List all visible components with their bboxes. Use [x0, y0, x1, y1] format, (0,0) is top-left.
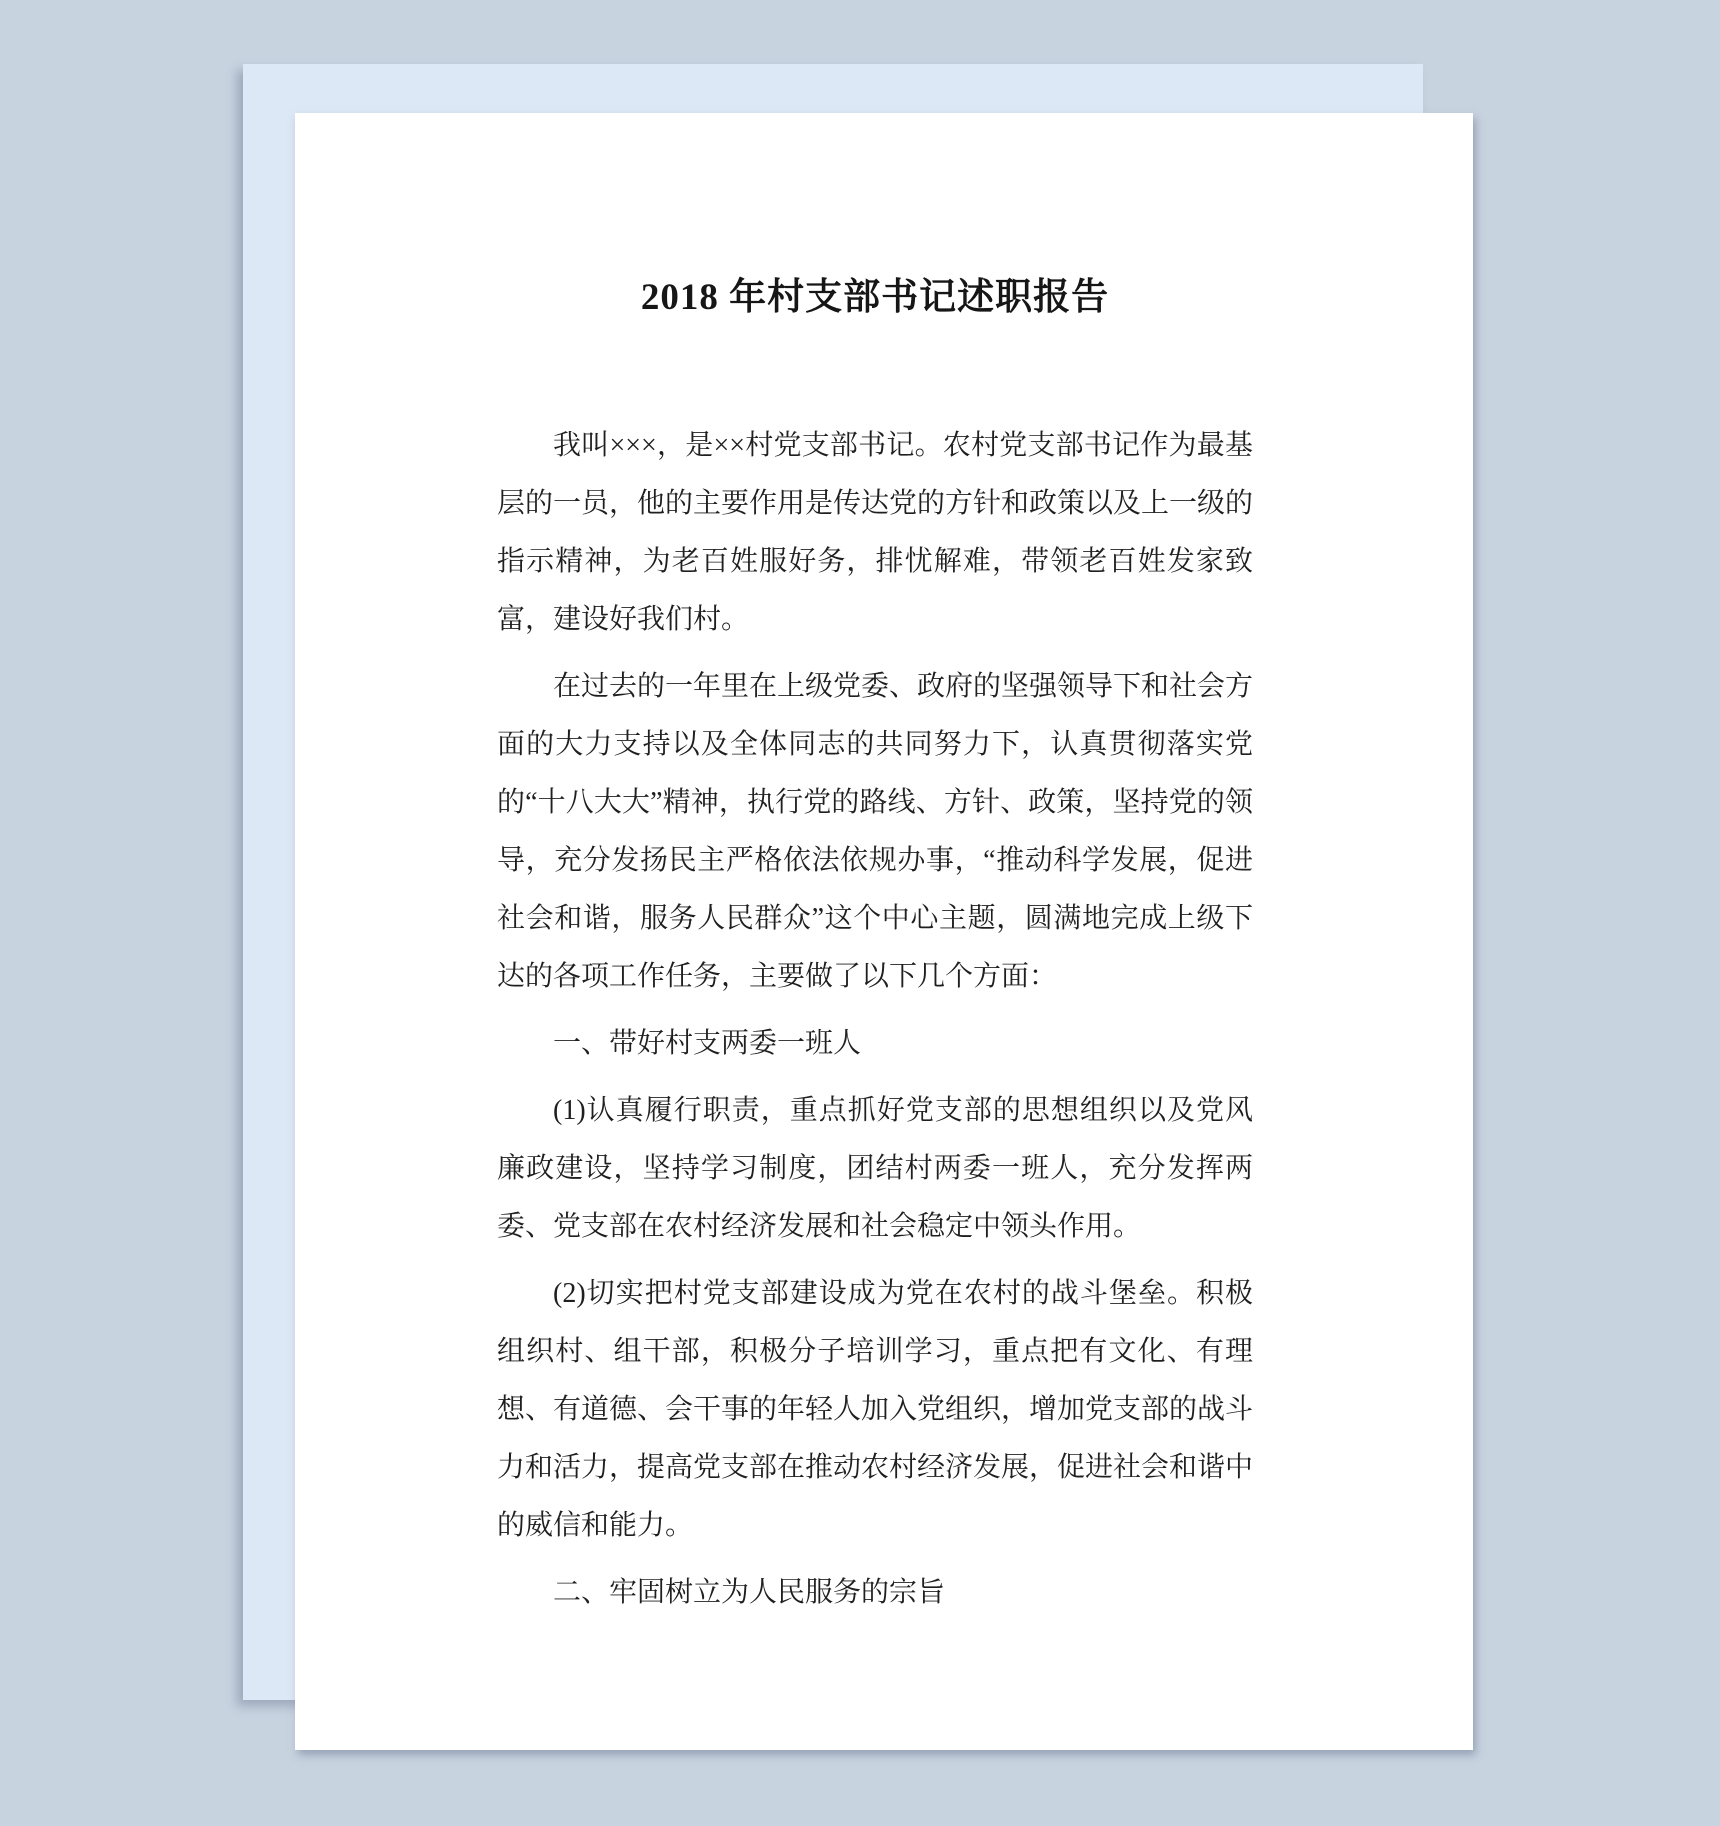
section-heading-1: 一、带好村支两委一班人 — [497, 1015, 1253, 1073]
paragraph-point-1: (1)认真履行职责，重点抓好党支部的思想组织以及党风廉政建设，坚持学习制度，团结… — [497, 1082, 1253, 1256]
paragraph-intro: 我叫×××，是××村党支部书记。农村党支部书记作为最基层的一员，他的主要作用是传… — [497, 417, 1253, 649]
document-page: 2018 年村支部书记述职报告 我叫×××，是××村党支部书记。农村党支部书记作… — [295, 113, 1473, 1750]
workspace-background: 2018 年村支部书记述职报告 我叫×××，是××村党支部书记。农村党支部书记作… — [0, 0, 1720, 1826]
paragraph-point-2: (2)切实把村党支部建设成为党在农村的战斗堡垒。积极组织村、组干部，积极分子培训… — [497, 1265, 1253, 1555]
section-heading-2: 二、牢固树立为人民服务的宗旨 — [497, 1564, 1253, 1622]
paragraph-overview: 在过去的一年里在上级党委、政府的坚强领导下和社会方面的大力支持以及全体同志的共同… — [497, 658, 1253, 1006]
report-title: 2018 年村支部书记述职报告 — [497, 271, 1253, 325]
